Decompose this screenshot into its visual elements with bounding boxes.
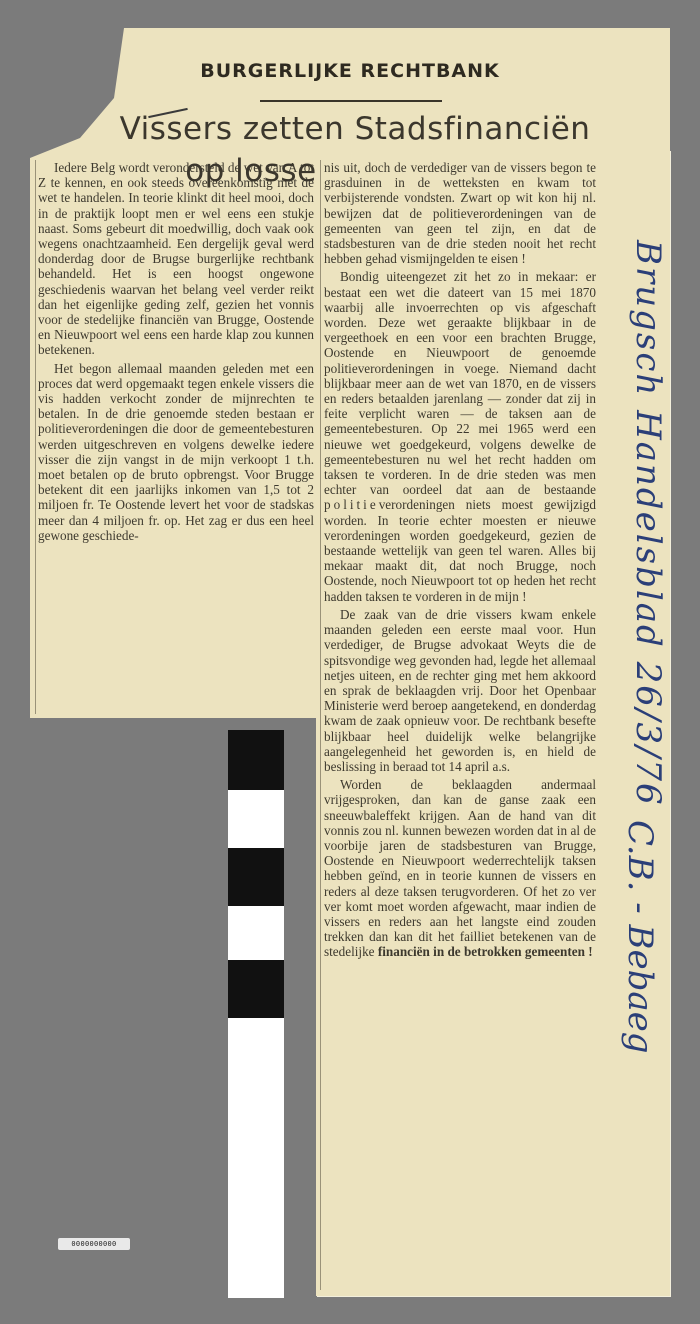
paragraph: Worden de beklaagden andermaal vrijgespr… — [324, 777, 596, 959]
scale-segment-black — [228, 730, 284, 790]
bold-closing: financiën in de betrokken gemeenten ! — [378, 944, 593, 959]
scale-segment-black — [228, 848, 284, 906]
paragraph: nis uit, doch de verdediger van de visse… — [324, 160, 596, 266]
archive-barcode: 0000000000 — [58, 1238, 130, 1250]
scale-bar — [228, 730, 284, 1298]
emphasis-spaced: politie — [324, 497, 379, 512]
paragraph: Iedere Belg wordt verondersteld de wet v… — [38, 160, 314, 358]
column-divider — [320, 160, 321, 1290]
scale-segment-black — [228, 960, 284, 1018]
paragraph: Bondig uiteengezet zit het zo in mekaar:… — [324, 269, 596, 603]
headline-line-1: Vissers zetten Stadsfinanciën — [95, 110, 615, 148]
kicker-divider — [260, 100, 442, 102]
section-kicker: BURGERLIJKE RECHTBANK — [30, 60, 670, 82]
article-right-column: nis uit, doch de verdediger van de visse… — [324, 160, 596, 960]
paragraph: Het begon allemaal maanden geleden met e… — [38, 361, 314, 543]
article-left-column: Iedere Belg wordt verondersteld de wet v… — [38, 160, 314, 543]
handwritten-initials: C.B. - Bebaeg — [620, 820, 660, 1054]
column-border-left — [35, 160, 36, 714]
paragraph: De zaak van de drie vissers kwam enkele … — [324, 607, 596, 774]
handwritten-source-note: Brugsch Handelsblad 26/3/76 — [628, 240, 668, 807]
